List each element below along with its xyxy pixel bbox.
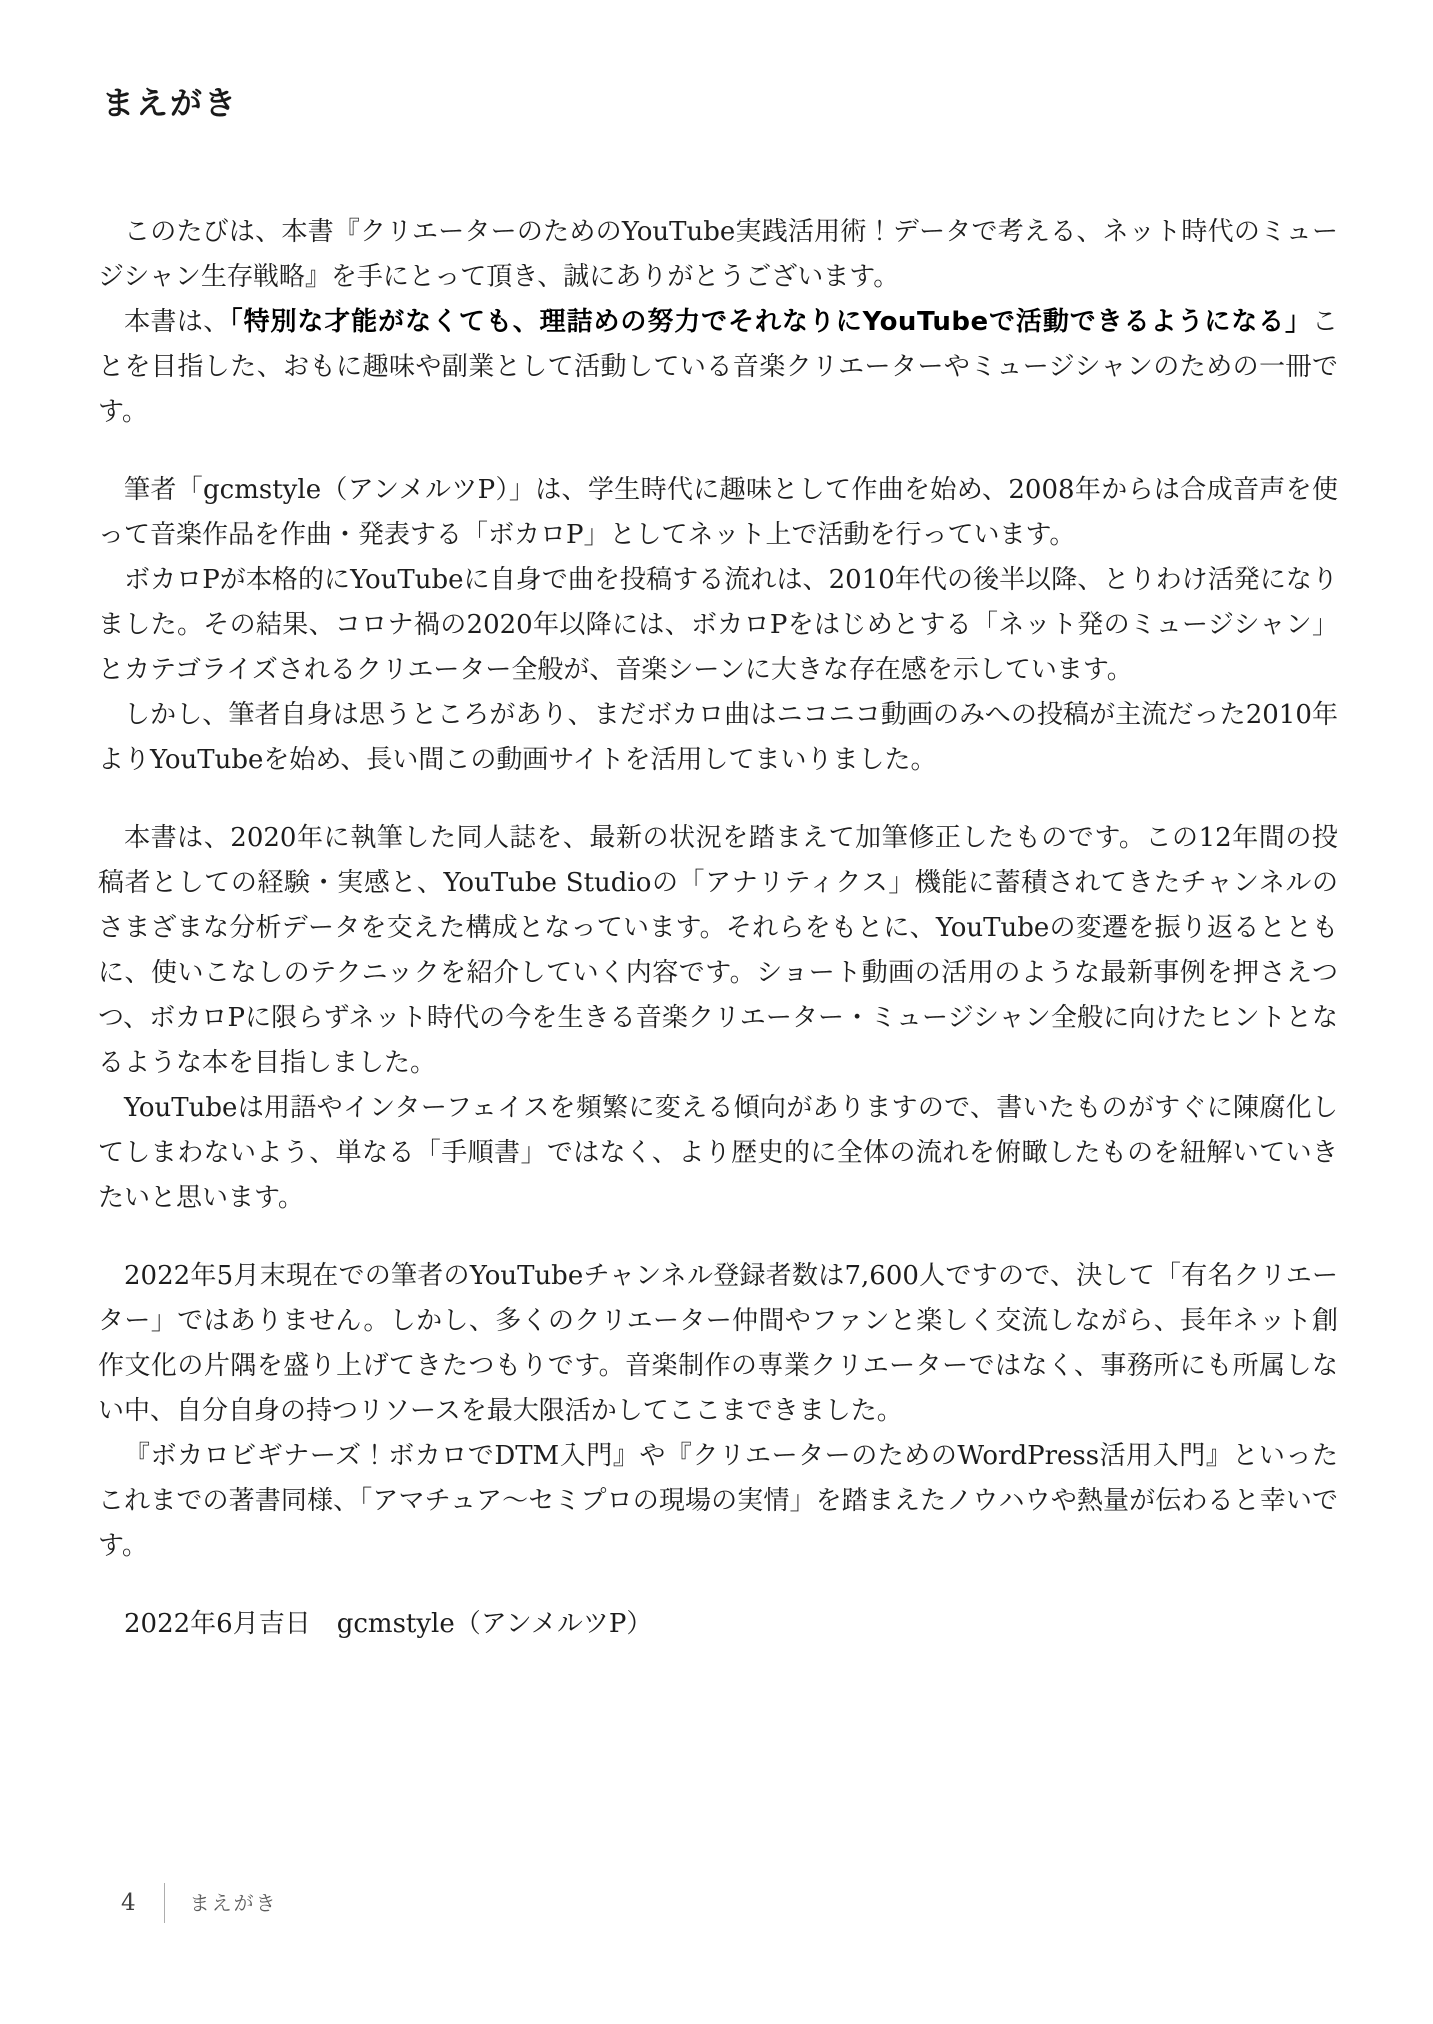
paragraph: しかし、筆者自身は思うところがあり、まだボカロ曲はニコニコ動画のみへの投稿が主流… (98, 693, 1338, 783)
paragraph: 『ボカロビギナーズ！ボカロでDTM入門』や『クリエーターのためのWordPres… (98, 1434, 1338, 1569)
paragraph-group: 2022年5月末現在での筆者のYouTubeチャンネル登録者数は7,600人です… (98, 1254, 1338, 1569)
paragraph-group: 筆者「gcmstyle（アンメルツP）」は、学生時代に趣味として作曲を始め、20… (98, 468, 1338, 783)
book-page: まえがき このたびは、本書『クリエーターのためのYouTube実践活用術！データ… (0, 0, 1433, 2024)
footer-divider (164, 1883, 165, 1923)
page-title: まえがき (102, 84, 1338, 122)
paragraph: YouTubeは用語やインターフェイスを頻繁に変える傾向がありますので、書いたも… (98, 1086, 1338, 1221)
page-content: まえがき このたびは、本書『クリエーターのためのYouTube実践活用術！データ… (0, 0, 1433, 1647)
page-number: 4 (121, 1883, 136, 1923)
paragraph: ボカロPが本格的にYouTubeに自身で曲を投稿する流れは、2010年代の後半以… (98, 558, 1338, 693)
date-signature-line: 2022年6月吉日 gcmstyle（アンメルツP） (98, 1602, 1338, 1647)
bold-statement: 「特別な才能がなくても、理詰めの努力でそれなりにYouTubeで活動できるように… (230, 307, 1312, 337)
paragraph: 筆者「gcmstyle（アンメルツP）」は、学生時代に趣味として作曲を始め、20… (98, 468, 1338, 558)
paragraph-text: 本書は、 (124, 307, 230, 337)
paragraph: 2022年5月末現在での筆者のYouTubeチャンネル登録者数は7,600人です… (98, 1254, 1338, 1434)
signature-group: 2022年6月吉日 gcmstyle（アンメルツP） (98, 1602, 1338, 1647)
paragraph-group: 本書は、2020年に執筆した同人誌を、最新の状況を踏まえて加筆修正したものです。… (98, 816, 1338, 1221)
footer-section-label: まえがき (190, 1883, 278, 1923)
page-footer: 4 まえがき (121, 1883, 278, 1923)
paragraph: 本書は、「特別な才能がなくても、理詰めの努力でそれなりにYouTubeで活動でき… (98, 300, 1338, 435)
paragraph: 本書は、2020年に執筆した同人誌を、最新の状況を踏まえて加筆修正したものです。… (98, 816, 1338, 1086)
paragraph: このたびは、本書『クリエーターのためのYouTube実践活用術！データで考える、… (98, 210, 1338, 300)
paragraph-group: このたびは、本書『クリエーターのためのYouTube実践活用術！データで考える、… (98, 210, 1338, 435)
